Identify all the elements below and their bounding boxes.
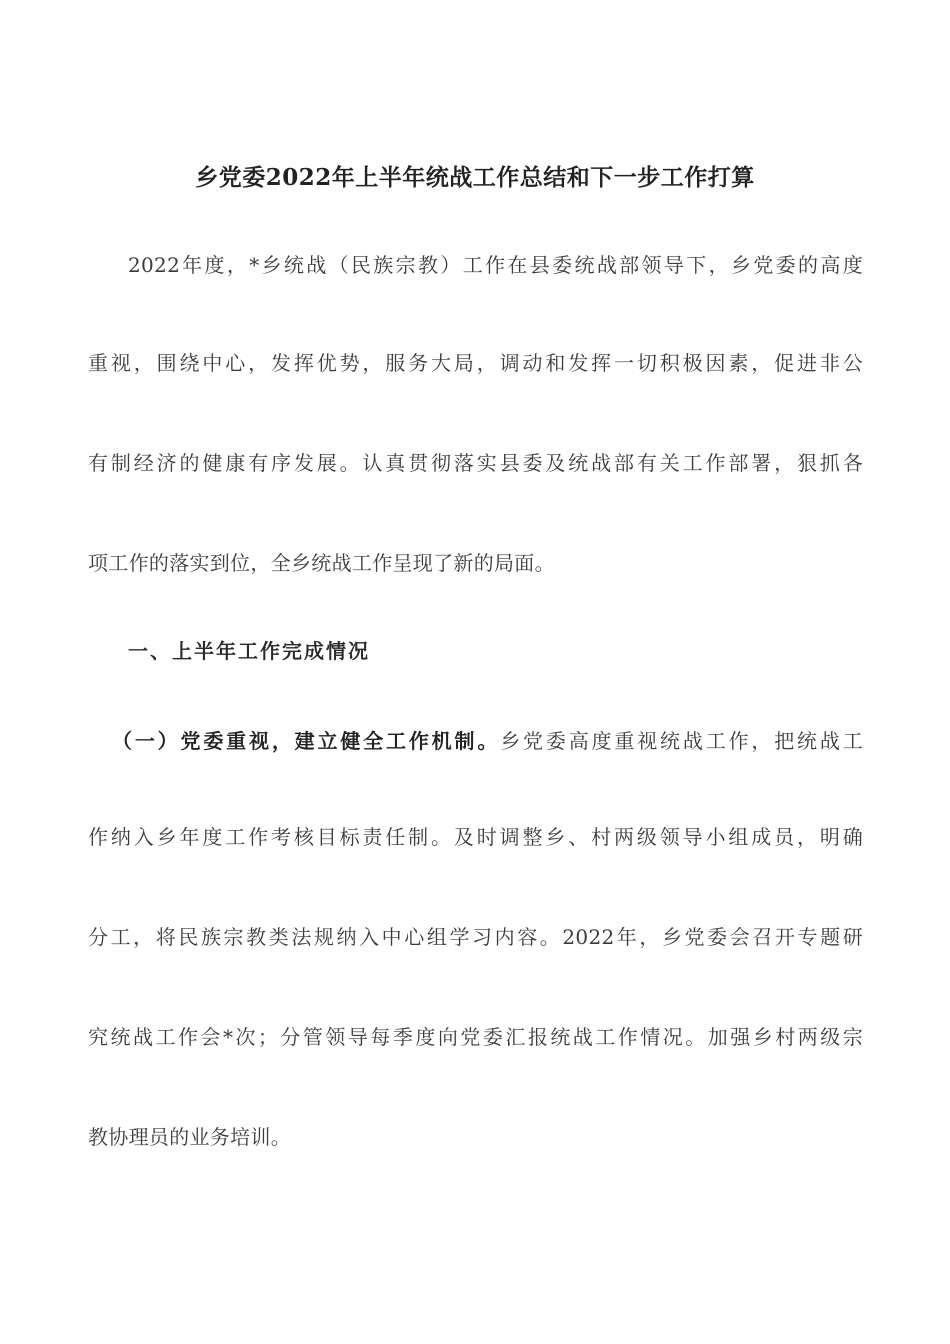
document-page: 乡党委2022年上半年统战工作总结和下一步工作打算 2022年度，*乡统战（民族…: [0, 0, 950, 1344]
subsection-title: （一）党委重视，建立健全工作机制。: [112, 729, 500, 753]
section-heading: 一、上半年工作完成情况: [128, 636, 370, 666]
subsection-line-2: 作纳入乡年度工作考核目标责任制。及时调整乡、村两级领导小组成员，明确: [88, 822, 863, 852]
intro-line-1: 2022年度，*乡统战（民族宗教）工作在县委统战部领导下，乡党委的高度: [128, 250, 863, 280]
intro-line-4: 项工作的落实到位，全乡统战工作呈现了新的局面。: [88, 548, 863, 578]
subsection-first-line: （一）党委重视，建立健全工作机制。乡党委高度重视统战工作，把统战工: [112, 726, 863, 756]
subsection-first-line-text: 乡党委高度重视统战工作，把统战工: [500, 729, 863, 753]
subsection-line-4: 究统战工作会*次；分管领导每季度向党委汇报统战工作情况。加强乡村两级宗: [88, 1022, 863, 1052]
subsection-line-5: 教协理员的业务培训。: [88, 1122, 863, 1152]
intro-line-2: 重视，围绕中心，发挥优势，服务大局，调动和发挥一切积极因素，促进非公: [88, 348, 863, 378]
subsection-line-3: 分工，将民族宗教类法规纳入中心组学习内容。2022年，乡党委会召开专题研: [88, 922, 863, 952]
intro-line-3: 有制经济的健康有序发展。认真贯彻落实县委及统战部有关工作部署，狠抓各: [88, 448, 863, 478]
document-title: 乡党委2022年上半年统战工作总结和下一步工作打算: [0, 160, 950, 196]
